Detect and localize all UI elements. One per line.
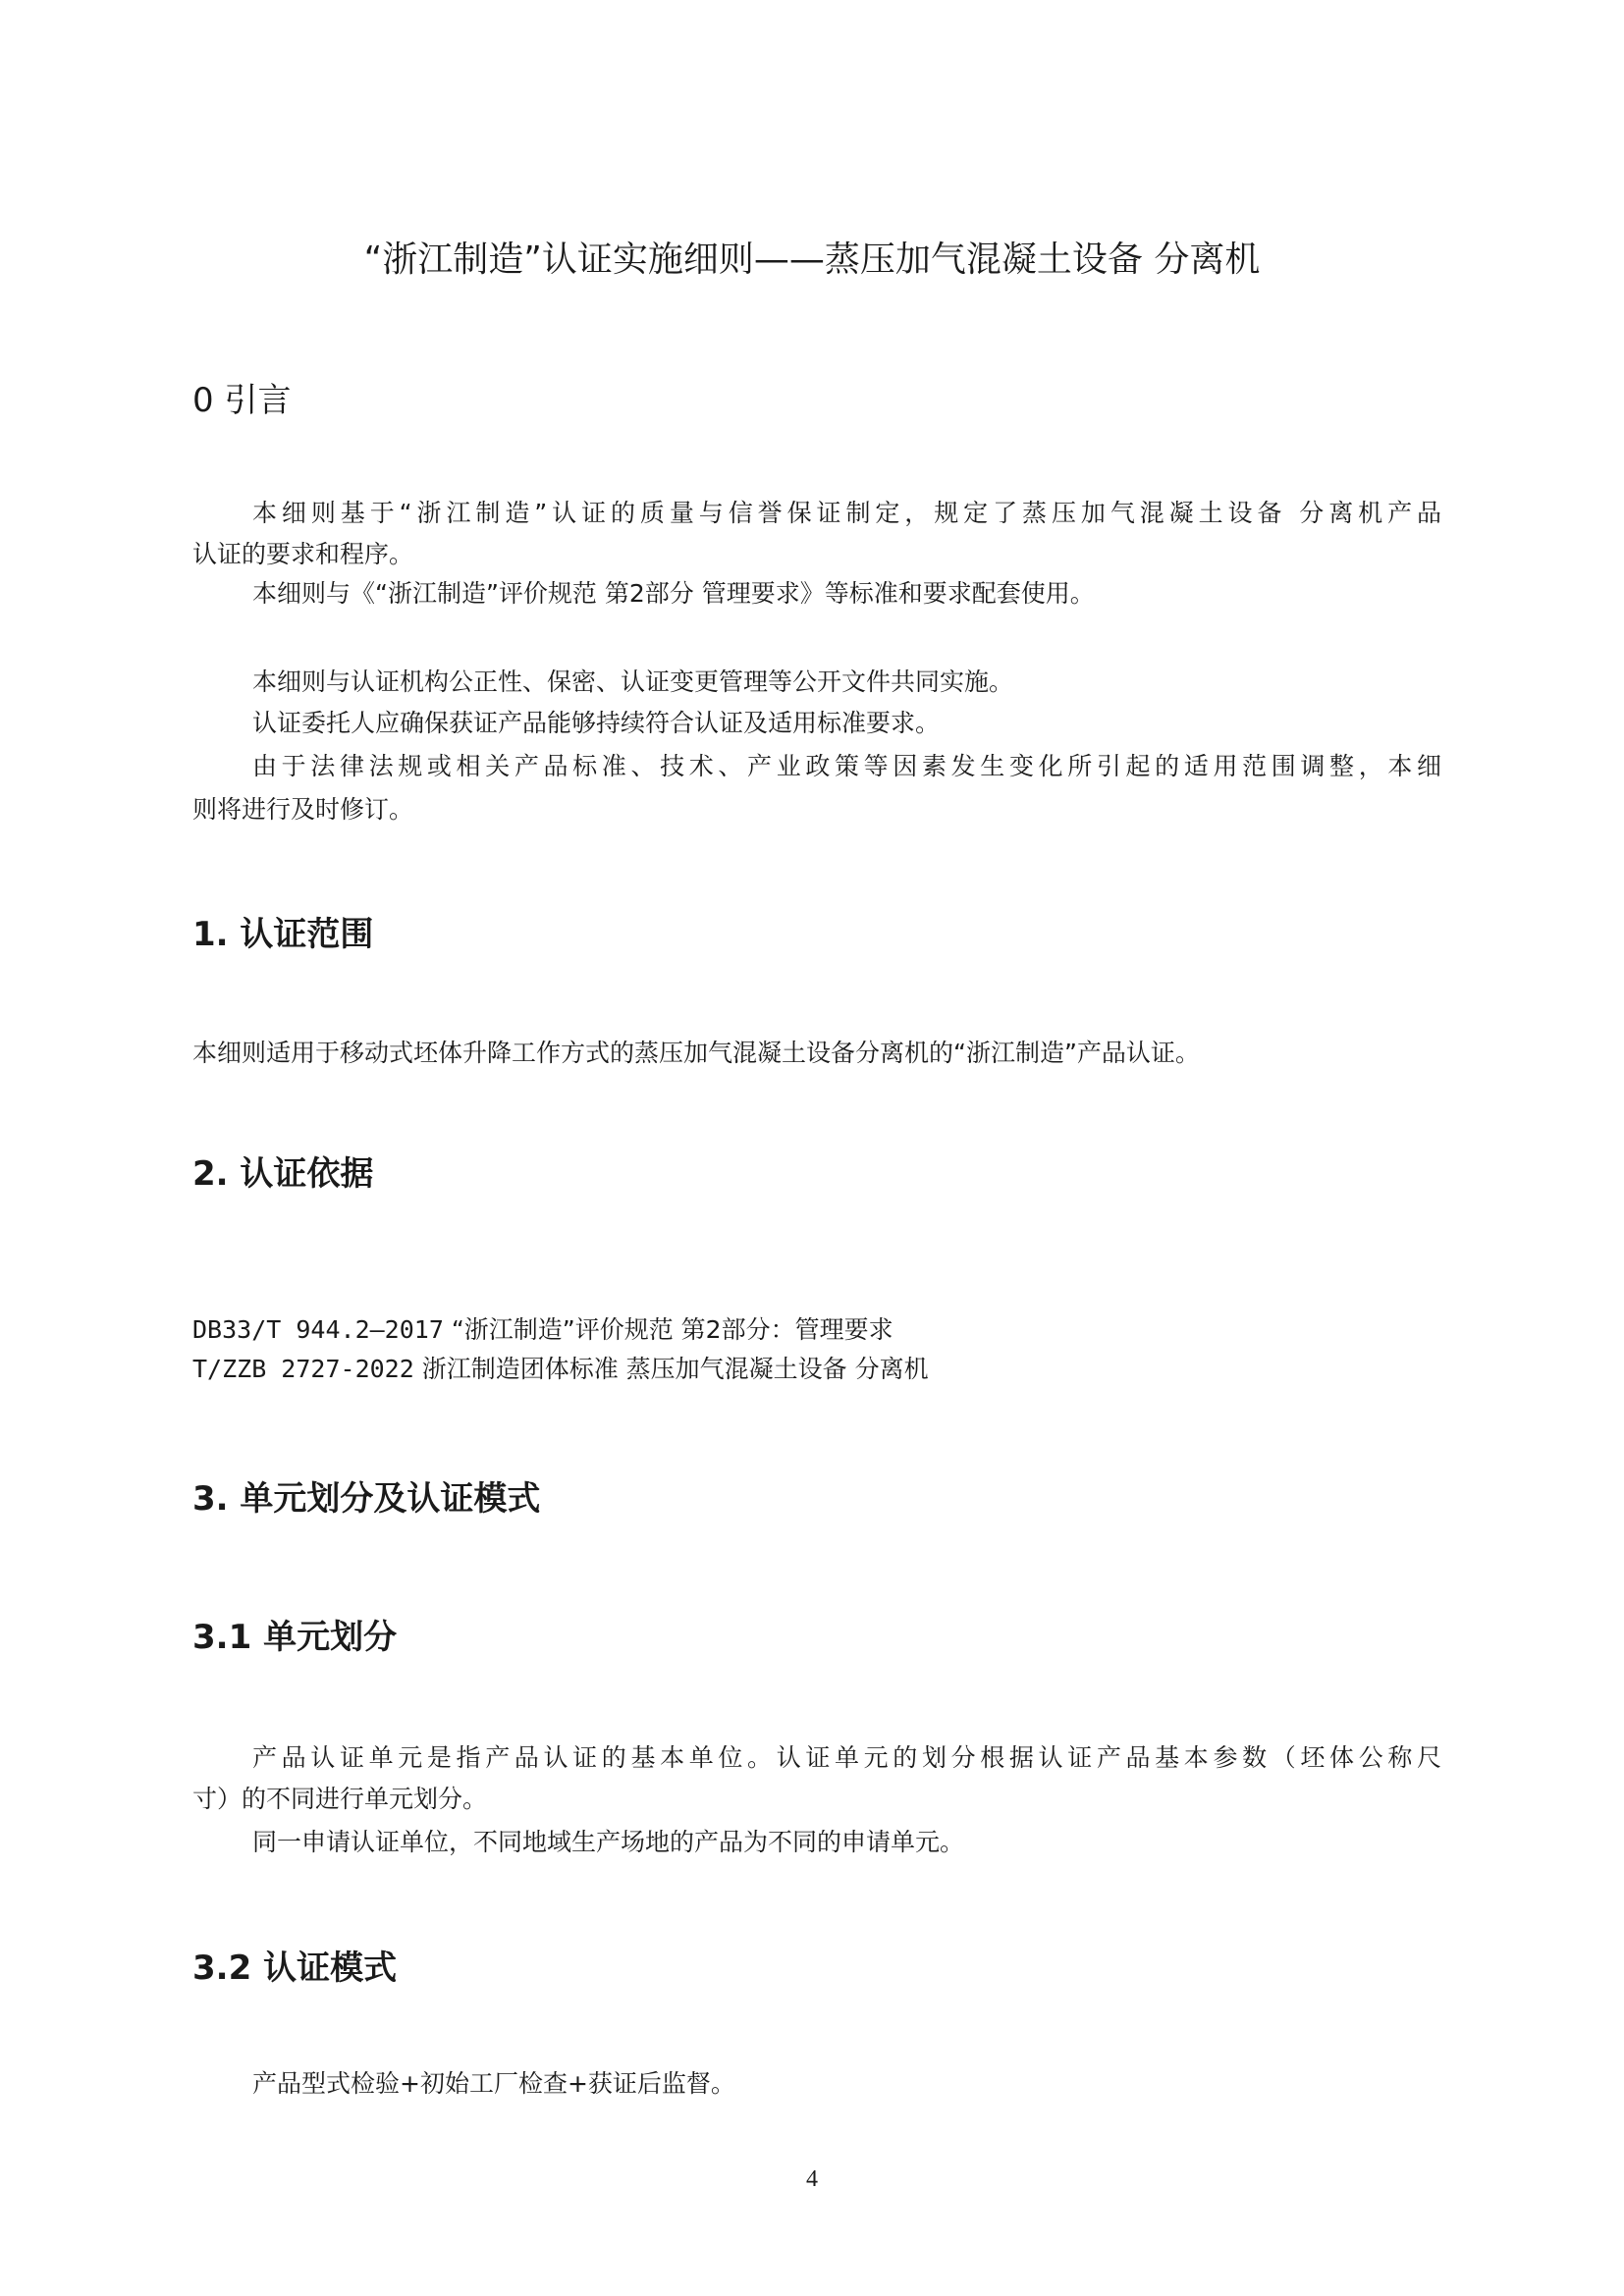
paragraph-line: 产品认证单元是指产品认证的基本单位。认证单元的划分根据认证产品基本参数（坯体公称… [252, 1743, 1441, 1773]
section-heading-unit-division: 3.1 单元划分 [192, 1616, 397, 1659]
paragraph-line: 本细则与《“浙江制造”评价规范 第2部分 管理要求》等标准和要求配套使用。 [252, 579, 1441, 609]
standard-title: 浙江制造团体标准 蒸压加气混凝土设备 分离机 [414, 1355, 929, 1383]
paragraph-line: 认证的要求和程序。 [192, 540, 1441, 569]
page-number: 4 [0, 2164, 1624, 2194]
paragraph-line: 本细则与认证机构公正性、保密、认证变更管理等公开文件共同实施。 [252, 667, 1441, 697]
section-heading-cert-mode: 3.2 认证模式 [192, 1947, 397, 1990]
section-heading-basis: 2. 认证依据 [192, 1152, 373, 1196]
standard-title: “浙江制造”评价规范 第2部分：管理要求 [444, 1315, 893, 1344]
paragraph-line: 认证委托人应确保获证产品能够持续符合认证及适用标准要求。 [252, 709, 1441, 738]
standard-reference: DB33/T 944.2—2017 “浙江制造”评价规范 第2部分：管理要求 [192, 1315, 1441, 1345]
paragraph-line: 同一申请认证单位，不同地域生产场地的产品为不同的申请单元。 [252, 1828, 1441, 1857]
paragraph-line: 由于法律法规或相关产品标准、技术、产业政策等因素发生变化所引起的适用范围调整，本… [252, 752, 1441, 781]
document-title: “浙江制造”认证实施细则——蒸压加气混凝土设备 分离机 [0, 238, 1624, 283]
paragraph-line: 产品型式检验+初始工厂检查+获证后监督。 [252, 2069, 1441, 2099]
section-heading-scope: 1. 认证范围 [192, 913, 373, 956]
standard-code: T/ZZB 2727-2022 [192, 1355, 414, 1383]
document-page: “浙江制造”认证实施细则——蒸压加气混凝土设备 分离机 0 引言 本细则基于“浙… [0, 0, 1624, 2296]
paragraph-line: 则将进行及时修订。 [192, 795, 1441, 825]
standard-code: DB33/T 944.2—2017 [192, 1315, 444, 1344]
paragraph-line: 本细则适用于移动式坯体升降工作方式的蒸压加气混凝土设备分离机的“浙江制造”产品认… [192, 1039, 1441, 1068]
section-heading-units-and-mode: 3. 单元划分及认证模式 [192, 1477, 540, 1521]
section-heading-intro: 0 引言 [192, 379, 291, 422]
paragraph-line: 本细则基于“浙江制造”认证的质量与信誉保证制定，规定了蒸压加气混凝土设备 分离机… [252, 499, 1441, 528]
standard-reference: T/ZZB 2727-2022 浙江制造团体标准 蒸压加气混凝土设备 分离机 [192, 1355, 1441, 1384]
paragraph-line: 寸）的不同进行单元划分。 [192, 1785, 1441, 1814]
